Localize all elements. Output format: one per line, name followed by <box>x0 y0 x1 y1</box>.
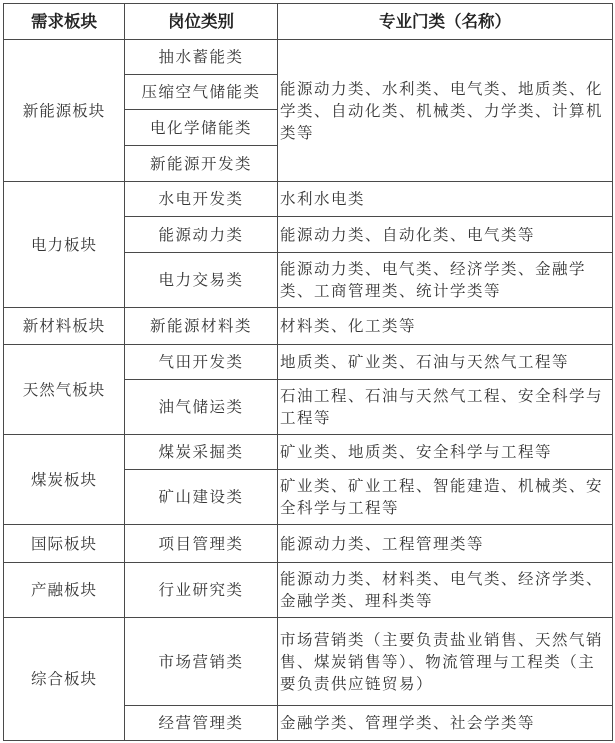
sector-cell: 天然气板块 <box>4 345 125 435</box>
table-row: 国际板块 项目管理类 能源动力类、工程管理类等 <box>4 525 613 563</box>
majors-cell: 能源动力类、水利类、电气类、地质类、化学类、自动化类、机械类、力学类、计算机类等 <box>278 40 613 182</box>
post-cell: 抽水蓄能类 <box>125 40 278 75</box>
sector-cell: 产融板块 <box>4 563 125 618</box>
table-row: 综合板块 市场营销类 市场营销类（主要负责盐业销售、天然气销售、煤炭销售等）、物… <box>4 618 613 706</box>
majors-cell: 材料类、化工类等 <box>278 308 613 345</box>
post-cell: 电化学储能类 <box>125 110 278 146</box>
header-row: 需求板块 岗位类别 专业门类（名称） <box>4 4 613 40</box>
header-post: 岗位类别 <box>125 4 278 40</box>
post-cell: 新能源开发类 <box>125 146 278 182</box>
table-row: 新能源板块 抽水蓄能类 能源动力类、水利类、电气类、地质类、化学类、自动化类、机… <box>4 40 613 75</box>
table-row: 产融板块 行业研究类 能源动力类、材料类、电气类、经济学类、金融学类、理科类等 <box>4 563 613 618</box>
majors-cell: 能源动力类、材料类、电气类、经济学类、金融学类、理科类等 <box>278 563 613 618</box>
post-cell: 能源动力类 <box>125 217 278 253</box>
majors-cell: 能源动力类、自动化类、电气类等 <box>278 217 613 253</box>
post-cell: 新能源材料类 <box>125 308 278 345</box>
majors-cell: 石油工程、石油与天然气工程、安全科学与工程等 <box>278 380 613 435</box>
majors-cell: 矿业类、地质类、安全科学与工程等 <box>278 435 613 470</box>
post-cell: 市场营销类 <box>125 618 278 706</box>
majors-cell: 金融学类、管理学类、社会学类等 <box>278 706 613 741</box>
majors-cell: 矿业类、矿业工程、智能建造、机械类、安全科学与工程等 <box>278 470 613 525</box>
recruitment-table: 需求板块 岗位类别 专业门类（名称） 新能源板块 抽水蓄能类 能源动力类、水利类… <box>3 3 613 741</box>
table-row: 电力板块 水电开发类 水利水电类 <box>4 182 613 217</box>
sector-cell: 新能源板块 <box>4 40 125 182</box>
sector-cell: 新材料板块 <box>4 308 125 345</box>
post-cell: 气田开发类 <box>125 345 278 380</box>
post-cell: 煤炭采掘类 <box>125 435 278 470</box>
majors-cell: 能源动力类、电气类、经济学类、金融学类、工商管理类、统计学类等 <box>278 253 613 308</box>
majors-cell: 水利水电类 <box>278 182 613 217</box>
header-majors: 专业门类（名称） <box>278 4 613 40</box>
post-cell: 电力交易类 <box>125 253 278 308</box>
table-row: 新材料板块 新能源材料类 材料类、化工类等 <box>4 308 613 345</box>
sector-cell: 电力板块 <box>4 182 125 308</box>
table-row: 煤炭板块 煤炭采掘类 矿业类、地质类、安全科学与工程等 <box>4 435 613 470</box>
post-cell: 油气储运类 <box>125 380 278 435</box>
post-cell: 项目管理类 <box>125 525 278 563</box>
majors-cell: 地质类、矿业类、石油与天然气工程等 <box>278 345 613 380</box>
post-cell: 经营管理类 <box>125 706 278 741</box>
sector-cell: 国际板块 <box>4 525 125 563</box>
table-row: 天然气板块 气田开发类 地质类、矿业类、石油与天然气工程等 <box>4 345 613 380</box>
majors-cell: 能源动力类、工程管理类等 <box>278 525 613 563</box>
header-sector: 需求板块 <box>4 4 125 40</box>
post-cell: 压缩空气储能类 <box>125 75 278 110</box>
post-cell: 行业研究类 <box>125 563 278 618</box>
sector-cell: 煤炭板块 <box>4 435 125 525</box>
post-cell: 矿山建设类 <box>125 470 278 525</box>
majors-cell: 市场营销类（主要负责盐业销售、天然气销售、煤炭销售等）、物流管理与工程类（主要负… <box>278 618 613 706</box>
post-cell: 水电开发类 <box>125 182 278 217</box>
sector-cell: 综合板块 <box>4 618 125 741</box>
